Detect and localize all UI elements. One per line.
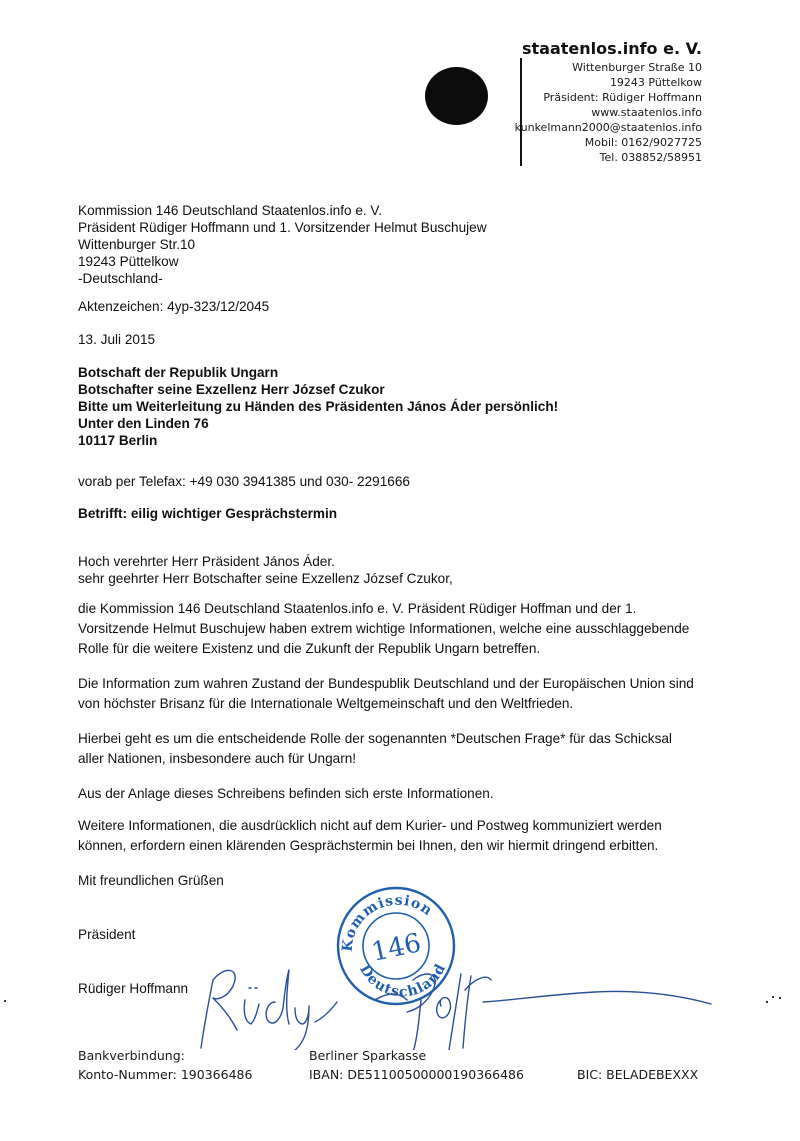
reference-number: Aktenzeichen: 4yp-323/12/2045 [78, 298, 269, 315]
recipient-line: Botschafter seine Exzellenz Herr József … [78, 381, 558, 398]
recipient-line: Botschaft der Republik Ungarn [78, 364, 558, 381]
logo-circle [425, 67, 488, 125]
body-paragraph: Die Information zum wahren Zustand der B… [78, 674, 738, 714]
recipient-line: Bitte um Weiterleitung zu Händen des Prä… [78, 398, 558, 415]
iban: IBAN: DE51100500000190366486 [309, 1065, 524, 1084]
scan-speck [766, 1001, 768, 1003]
bank-label: Bankverbindung: [78, 1046, 252, 1065]
bank-name: Berliner Sparkasse [309, 1046, 524, 1065]
letterhead-website: www.staatenlos.info [515, 105, 702, 120]
paragraph-line: können, erfordern einen klärenden Gesprä… [78, 836, 738, 856]
recipient-line: Unter den Linden 76 [78, 415, 558, 432]
signer-title: Präsident [78, 926, 135, 943]
paragraph-line: die Kommission 146 Deutschland Staatenlo… [78, 599, 738, 619]
subject-line: Betrifft: eilig wichtiger Gesprächstermi… [78, 505, 337, 522]
paragraph-line: von höchster Brisanz für die Internation… [78, 694, 738, 714]
body-paragraph: Weitere Informationen, die ausdrücklich … [78, 816, 738, 856]
sender-line: Kommission 146 Deutschland Staatenlos.in… [78, 202, 487, 219]
letterhead-street: Wittenburger Straße 10 [515, 60, 702, 75]
sender-line: -Deutschland- [78, 270, 487, 287]
salutation-line: sehr geehrter Herr Botschafter seine Exz… [78, 570, 453, 587]
signer-name: Rüdiger Hoffmann [78, 980, 188, 997]
sender-line: 19243 Püttelkow [78, 253, 487, 270]
body-paragraph: Hierbei geht es um die entscheidende Rol… [78, 729, 738, 769]
letterhead-phone: Tel. 038852/58951 [515, 150, 702, 165]
footer-bank-details: Berliner Sparkasse IBAN: DE5110050000019… [309, 1046, 524, 1084]
letterhead-president: Präsident: Rüdiger Hoffmann [515, 90, 702, 105]
paragraph-line: Weitere Informationen, die ausdrücklich … [78, 816, 738, 836]
footer-bank-label: Bankverbindung: Konto-Nummer: 190366486 [78, 1046, 252, 1084]
salutation-line: Hoch verehrter Herr Präsident János Áder… [78, 553, 453, 570]
sender-line: Wittenburger Str.10 [78, 236, 487, 253]
fax-note: vorab per Telefax: +49 030 3941385 und 0… [78, 473, 410, 490]
scan-speck [772, 996, 774, 998]
letterhead-city: 19243 Püttelkow [515, 75, 702, 90]
account-number: Konto-Nummer: 190366486 [78, 1065, 252, 1084]
scan-speck [779, 997, 781, 999]
scan-speck [4, 1000, 6, 1002]
letter-date: 13. Juli 2015 [78, 331, 155, 348]
paragraph-line: Die Information zum wahren Zustand der B… [78, 674, 738, 694]
paragraph-line: Rolle für die weitere Existenz und die Z… [78, 639, 738, 659]
sender-line: Präsident Rüdiger Hoffmann und 1. Vorsit… [78, 219, 487, 236]
recipient-line: 10117 Berlin [78, 432, 558, 449]
handwritten-signature [195, 960, 715, 1050]
closing: Mit freundlichen Grüßen [78, 872, 224, 889]
letterhead-email: kunkelmann2000@staatenlos.info [515, 120, 702, 135]
paragraph-line: aller Nationen, insbesondere auch für Un… [78, 749, 738, 769]
paragraph-line: Hierbei geht es um die entscheidende Rol… [78, 729, 738, 749]
recipient-address: Botschaft der Republik Ungarn Botschafte… [78, 364, 558, 449]
sender-address: Kommission 146 Deutschland Staatenlos.in… [78, 202, 487, 287]
letterhead-mobile: Mobil: 0162/9027725 [515, 135, 702, 150]
bic: BIC: BELADEBEXXX [577, 1065, 698, 1084]
salutation: Hoch verehrter Herr Präsident János Áder… [78, 553, 453, 587]
body-paragraph: die Kommission 146 Deutschland Staatenlo… [78, 599, 738, 659]
organization-name: staatenlos.info e. V. [515, 38, 702, 60]
body-paragraph: Aus der Anlage dieses Schreibens befinde… [78, 784, 738, 804]
paragraph-line: Aus der Anlage dieses Schreibens befinde… [78, 784, 738, 804]
paragraph-line: Vorsitzende Helmut Buschujew haben extre… [78, 619, 738, 639]
letterhead: staatenlos.info e. V. Wittenburger Straß… [515, 38, 702, 165]
